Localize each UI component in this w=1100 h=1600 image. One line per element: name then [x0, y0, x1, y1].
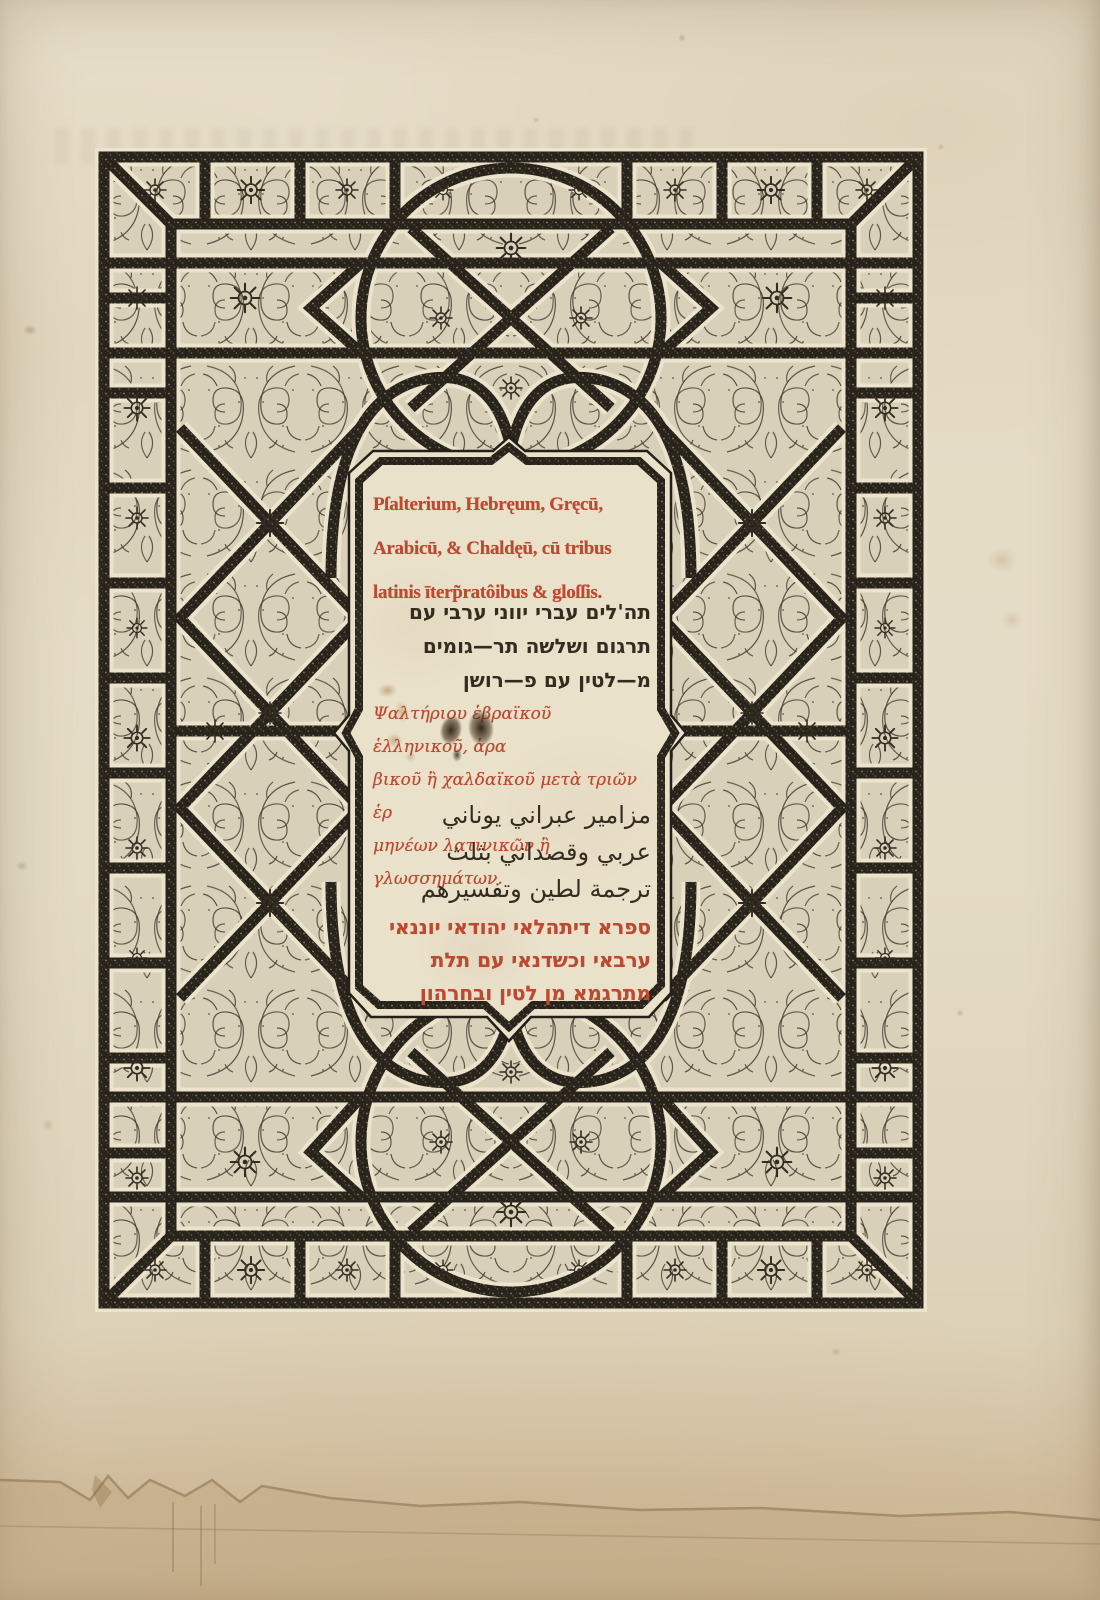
water-stain	[0, 1330, 1100, 1600]
title-aramaic: ספרא דיתהלאי יהודאי יוננאי ערבאי וכשדנאי…	[373, 911, 651, 1010]
title-arabic: مزامير عبراني يوناني عربي وقصداني بثلث ت…	[373, 797, 651, 908]
manuscript-page: Pſalterium, Hebręum, Gręcū, Arabicū, & C…	[0, 0, 1100, 1600]
ink-blot	[452, 748, 462, 762]
tide-line	[0, 1330, 1100, 1600]
